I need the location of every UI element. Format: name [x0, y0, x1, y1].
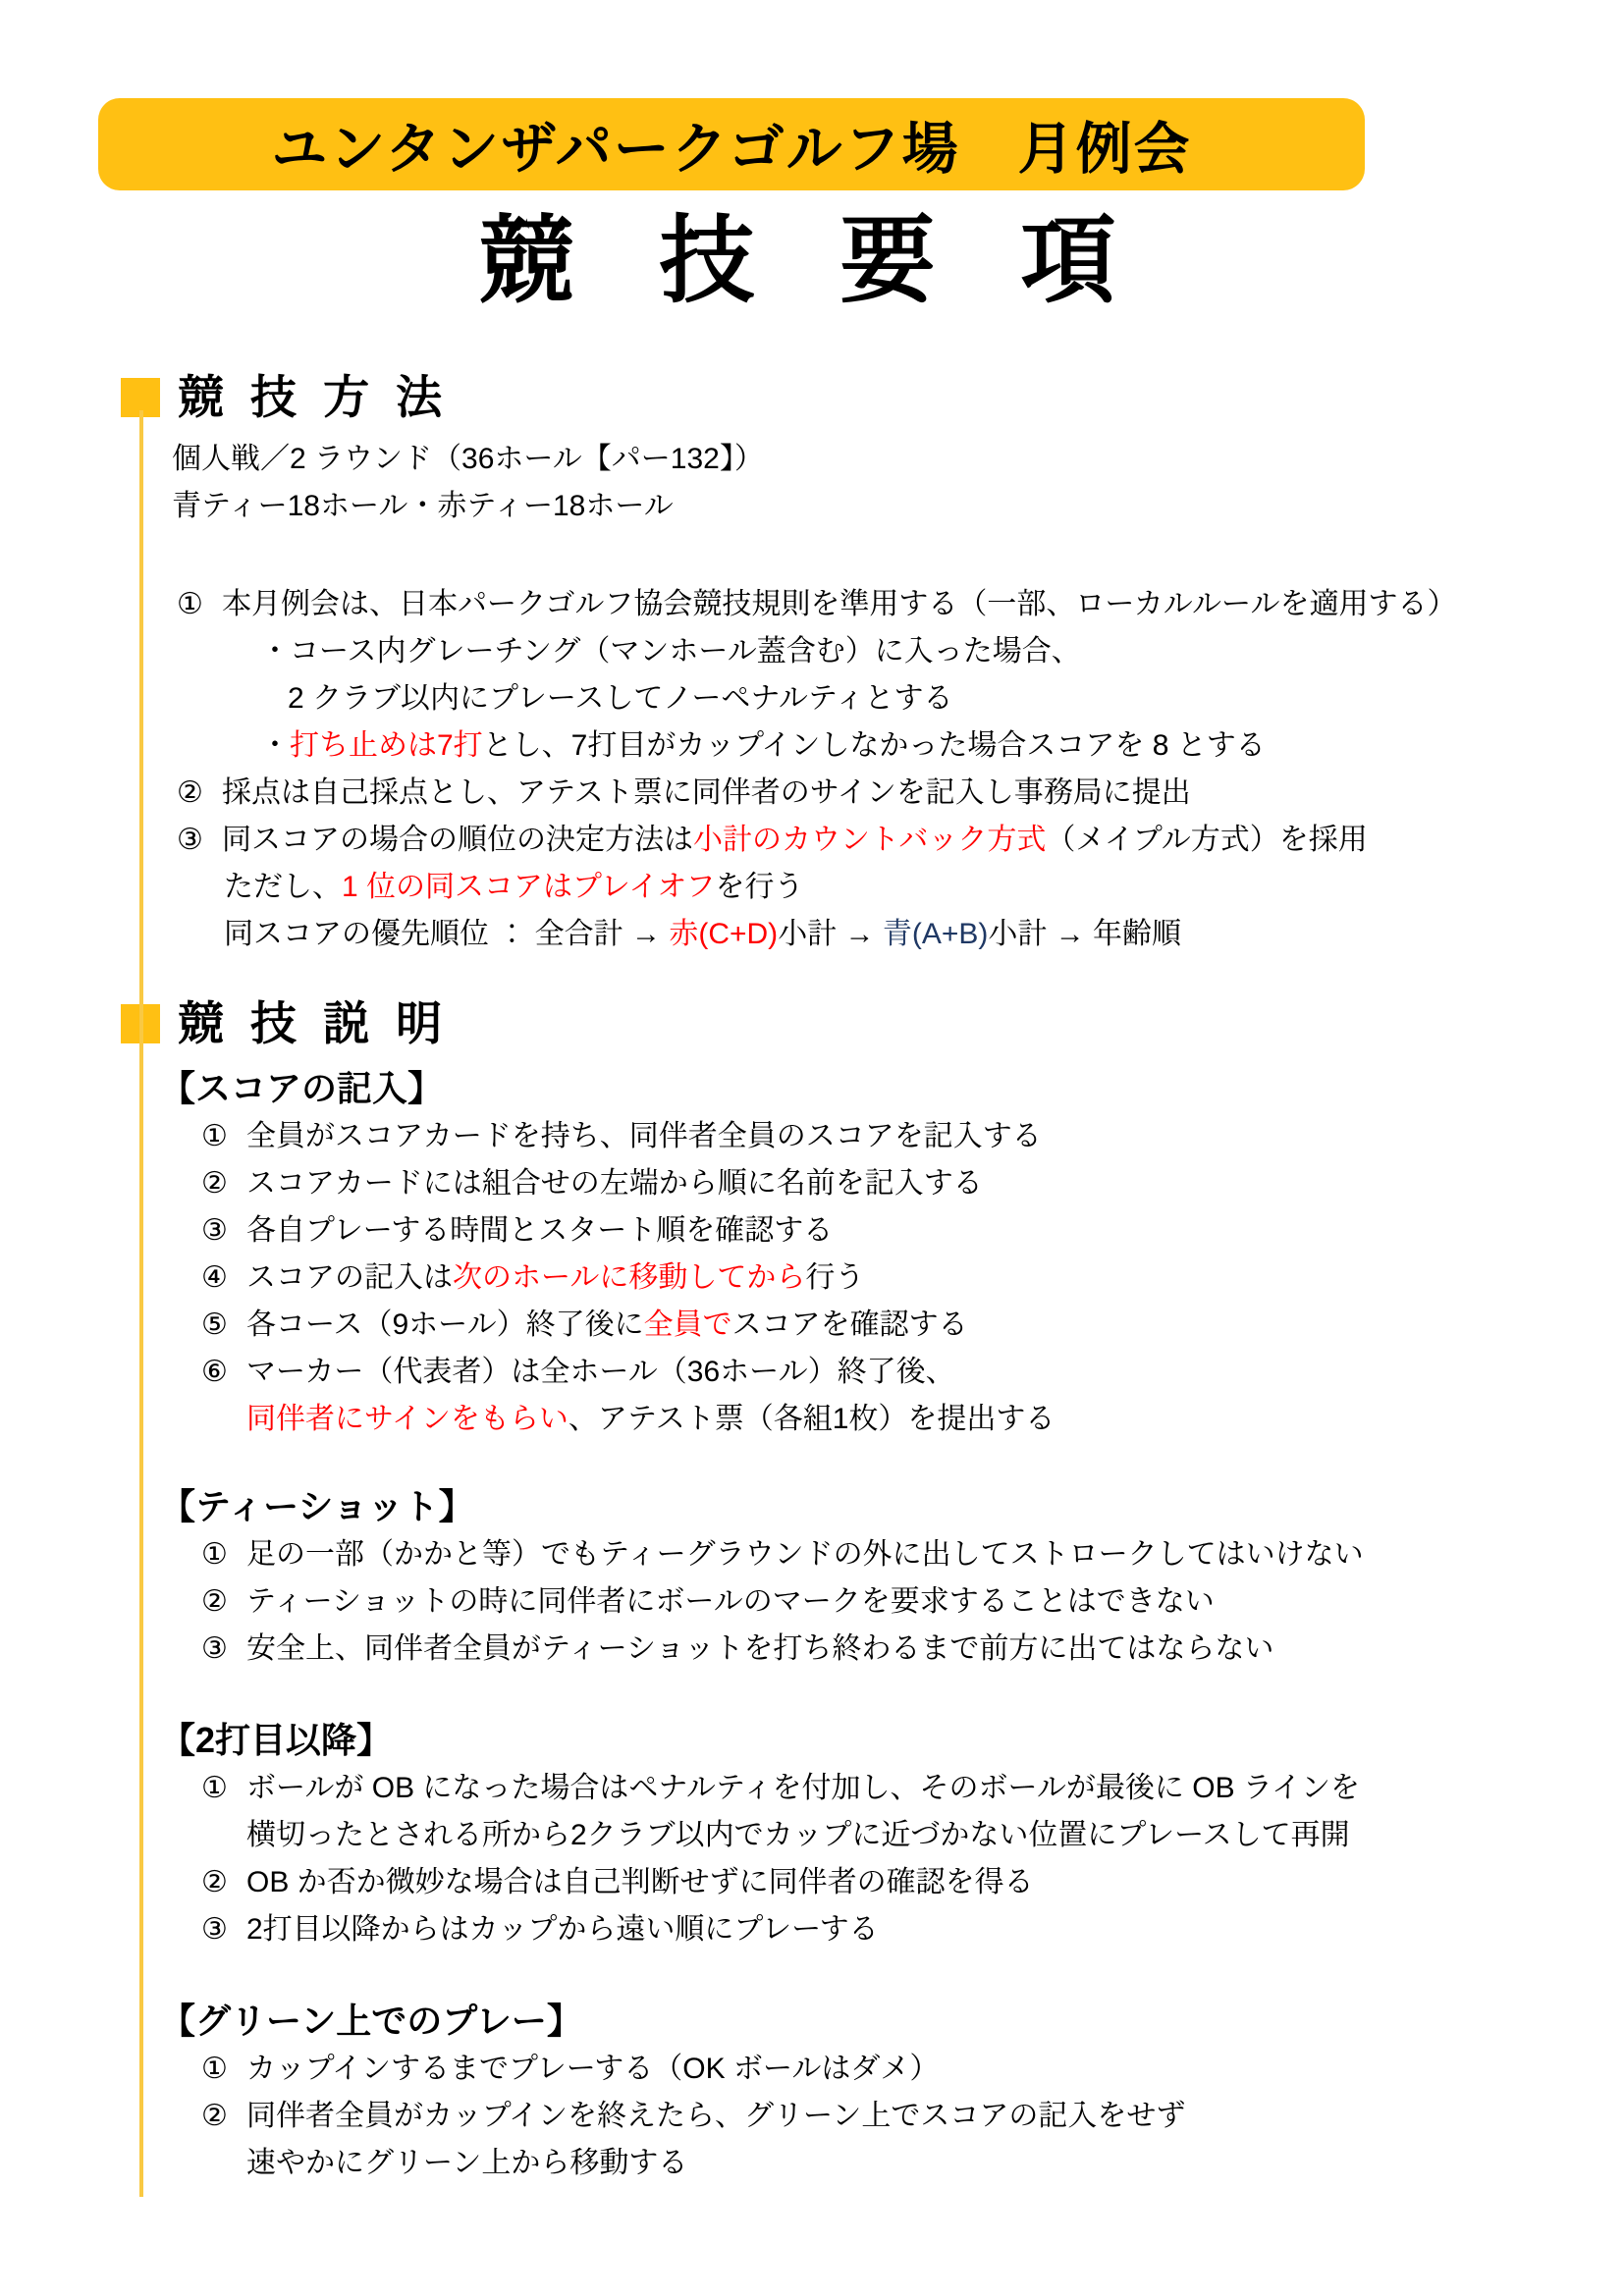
banner: ユンタンザパークゴルフ場 月例会: [98, 98, 1365, 190]
item-number: ①: [201, 2046, 246, 2093]
text-run: 小計 → 年齢順: [988, 918, 1181, 950]
list-item: ⑤各コース（9ホール）終了後に全員でスコアを確認する: [0, 1302, 1624, 1349]
list-item: ②OB か否か微妙な場合は自己判断せずに同伴者の確認を得る: [0, 1859, 1624, 1906]
text-run: スコアカードには組合せの左端から順に名前を記入する: [246, 1167, 983, 1200]
item-number: ①: [201, 1531, 246, 1578]
text-run: を行う: [716, 871, 804, 903]
text-run: ただし、: [224, 871, 342, 903]
item-number: ④: [201, 1255, 246, 1302]
text-run: 足の一部（かかと等）でもティーグラウンドの外に出してストロークしてはいけない: [246, 1538, 1364, 1571]
highlight-red-run: 同伴者にサインをもらい: [246, 1403, 568, 1435]
list-subitem: ・打ち止めは7打とし、7打目がカップインしなかった場合スコアを 8 とする: [0, 722, 1624, 770]
item-number: ②: [201, 2093, 246, 2140]
list-item: ②採点は自己採点とし、アテスト票に同伴者のサインを記入し事務局に提出: [0, 770, 1624, 817]
subsection-title-score: 【スコアの記入】: [0, 1064, 1624, 1113]
list-continuation: 横切ったとされる所から2クラブ以内でカップに近づかない位置にプレースして再開: [0, 1812, 1624, 1859]
list-item: ①カップインするまでプレーする（OK ボールはダメ）: [0, 2046, 1624, 2093]
item-number: ③: [177, 817, 222, 864]
list-item: ②同伴者全員がカップインを終えたら、グリーン上でスコアの記入をせず: [0, 2093, 1624, 2140]
teeshot-list: ①足の一部（かかと等）でもティーグラウンドの外に出してストロークしてはいけない …: [0, 1531, 1624, 1673]
highlight-red-run: 打ち止めは7打: [290, 729, 483, 762]
text-run: 、アテスト票（各組1枚）を提出する: [568, 1403, 1055, 1435]
list-item: ③安全上、同伴者全員がティーショットを打ち終わるまで前方に出てはならない: [0, 1626, 1624, 1673]
item-number: ⑤: [201, 1302, 246, 1349]
list-item: ②スコアカードには組合せの左端から順に名前を記入する: [0, 1160, 1624, 1207]
document-title: 競 技 要 項: [0, 206, 1624, 316]
list-item: ①全員がスコアカードを持ち、同伴者全員のスコアを記入する: [0, 1113, 1624, 1160]
text-run: ボールが OB になった場合はペナルティを付加し、そのボールが最後に OB ライ…: [246, 1772, 1360, 1804]
list-item: ④スコアの記入は次のホールに移動してから行う: [0, 1255, 1624, 1302]
text-run: スコアを確認する: [732, 1308, 968, 1341]
document-page: ユンタンザパークゴルフ場 月例会 競 技 要 項 競 技 方 法 個人戦／2 ラ…: [0, 0, 1624, 2296]
method-intro: 個人戦／2 ラウンド（36ホール【パー132】） 青ティー18ホール・赤ティー1…: [0, 436, 1624, 530]
list-item: ③各自プレーする時間とスタート順を確認する: [0, 1207, 1624, 1255]
method-list: ①本月例会は、日本パークゴルフ協会競技規則を準用する（一部、ローカルルールを適用…: [0, 581, 1624, 958]
subsection-title-teeshot: 【ティーショット】: [0, 1482, 1624, 1531]
item-number: ①: [177, 581, 222, 628]
bullet-dot: ・: [260, 729, 290, 762]
second-stroke-list: ①ボールが OB になった場合はペナルティを付加し、そのボールが最後に OB ラ…: [0, 1765, 1624, 1953]
text-run: カップインするまでプレーする（OK ボールはダメ）: [246, 2053, 939, 2085]
text-run: とし、7打目がカップインしなかった場合スコアを 8 とする: [483, 729, 1266, 762]
banner-title: ユンタンザパークゴルフ場 月例会: [271, 104, 1191, 185]
text-run: OB か否か微妙な場合は自己判断せずに同伴者の確認を得る: [246, 1866, 1034, 1898]
text-run: 採点は自己採点とし、アテスト票に同伴者のサインを記入し事務局に提出: [222, 776, 1191, 809]
accent-vertical-line: [139, 410, 143, 2197]
list-item: ①本月例会は、日本パークゴルフ協会競技規則を準用する（一部、ローカルルールを適用…: [0, 581, 1624, 628]
list-item: ①ボールが OB になった場合はペナルティを付加し、そのボールが最後に OB ラ…: [0, 1765, 1624, 1812]
item-number: ③: [201, 1626, 246, 1673]
intro-line-2: 青ティー18ホール・赤ティー18ホール: [172, 483, 1624, 530]
item-number: ③: [201, 1207, 246, 1255]
highlight-red-run: 全員で: [644, 1308, 732, 1341]
text-run: スコアの記入は: [246, 1261, 453, 1294]
item-number: ①: [201, 1113, 246, 1160]
item-number: ③: [201, 1906, 246, 1953]
section-title-method: 競 技 方 法: [178, 371, 449, 424]
text-run: 全員がスコアカードを持ち、同伴者全員のスコアを記入する: [246, 1120, 1042, 1152]
item-number: ②: [201, 1160, 246, 1207]
list-item: ③2打目以降からはカップから遠い順にプレーする: [0, 1906, 1624, 1953]
section-header-method: 競 技 方 法: [121, 371, 1624, 424]
item-number: ②: [201, 1578, 246, 1626]
subsection-title-second-stroke: 【2打目以降】: [0, 1716, 1624, 1765]
highlight-red-run: 次のホールに移動してから: [453, 1261, 805, 1294]
text-run: 行う: [805, 1261, 864, 1294]
text-run: 安全上、同伴者全員がティーショットを打ち終わるまで前方に出てはならない: [246, 1632, 1273, 1665]
section-header-explain: 競 技 説 明: [121, 997, 1624, 1050]
text-run: 同伴者全員がカップインを終えたら、グリーン上でスコアの記入をせず: [246, 2100, 1185, 2132]
list-item: ②ティーショットの時に同伴者にボールのマークを要求することはできない: [0, 1578, 1624, 1626]
list-subitem: ・コース内グレーチング（マンホール蓋含む）に入った場合、: [0, 628, 1624, 675]
item-number: ②: [177, 770, 222, 817]
green-list: ①カップインするまでプレーする（OK ボールはダメ） ②同伴者全員がカップインを…: [0, 2046, 1624, 2187]
text-run: 各コース（9ホール）終了後に: [246, 1308, 644, 1341]
section-title-explain: 競 技 説 明: [178, 997, 449, 1050]
intro-line-1: 個人戦／2 ラウンド（36ホール【パー132】）: [172, 436, 1624, 483]
text-run: 本月例会は、日本パークゴルフ協会競技規則を準用する（一部、ローカルルールを適用す…: [222, 588, 1456, 620]
item-number: ⑥: [201, 1349, 246, 1396]
list-item: ⑥マーカー（代表者）は全ホール（36ホール）終了後、: [0, 1349, 1624, 1396]
text-run: 同スコアの場合の順位の決定方法は: [222, 824, 693, 856]
highlight-red-run: 赤(C+D): [669, 918, 778, 950]
score-list: ①全員がスコアカードを持ち、同伴者全員のスコアを記入する ②スコアカードには組合…: [0, 1113, 1624, 1443]
item-number: ①: [201, 1765, 246, 1812]
text-run: 小計 →: [778, 918, 883, 950]
list-item: ③同スコアの場合の順位の決定方法は小計のカウントバック方式（メイプル方式）を採用: [0, 817, 1624, 864]
highlight-red-run: 小計のカウントバック方式: [693, 824, 1046, 856]
list-continuation: 同伴者にサインをもらい、アテスト票（各組1枚）を提出する: [0, 1396, 1624, 1443]
list-continuation: ただし、1 位の同スコアはプレイオフを行う: [0, 864, 1624, 911]
highlight-red-run: 1 位の同スコアはプレイオフ: [342, 871, 716, 903]
list-subitem: 2 クラブ以内にプレースしてノーペナルティとする: [0, 675, 1624, 722]
text-run: ティーショットの時に同伴者にボールのマークを要求することはできない: [246, 1585, 1215, 1618]
subsection-title-green: 【グリーン上でのプレー】: [0, 1997, 1624, 2046]
text-run: マーカー（代表者）は全ホール（36ホール）終了後、: [246, 1356, 955, 1388]
item-number: ②: [201, 1859, 246, 1906]
text-run: 同スコアの優先順位 ： 全合計 →: [224, 918, 669, 950]
list-item: ①足の一部（かかと等）でもティーグラウンドの外に出してストロークしてはいけない: [0, 1531, 1624, 1578]
text-run: 2打目以降からはカップから遠い順にプレーする: [246, 1913, 879, 1946]
text-run: （メイプル方式）を採用: [1046, 824, 1367, 856]
highlight-blue-run: 青(A+B): [883, 918, 989, 950]
text-run: 各自プレーする時間とスタート順を確認する: [246, 1214, 833, 1247]
list-continuation: 速やかにグリーン上から移動する: [0, 2140, 1624, 2187]
list-continuation: 同スコアの優先順位 ： 全合計 → 赤(C+D)小計 → 青(A+B)小計 → …: [0, 911, 1624, 958]
